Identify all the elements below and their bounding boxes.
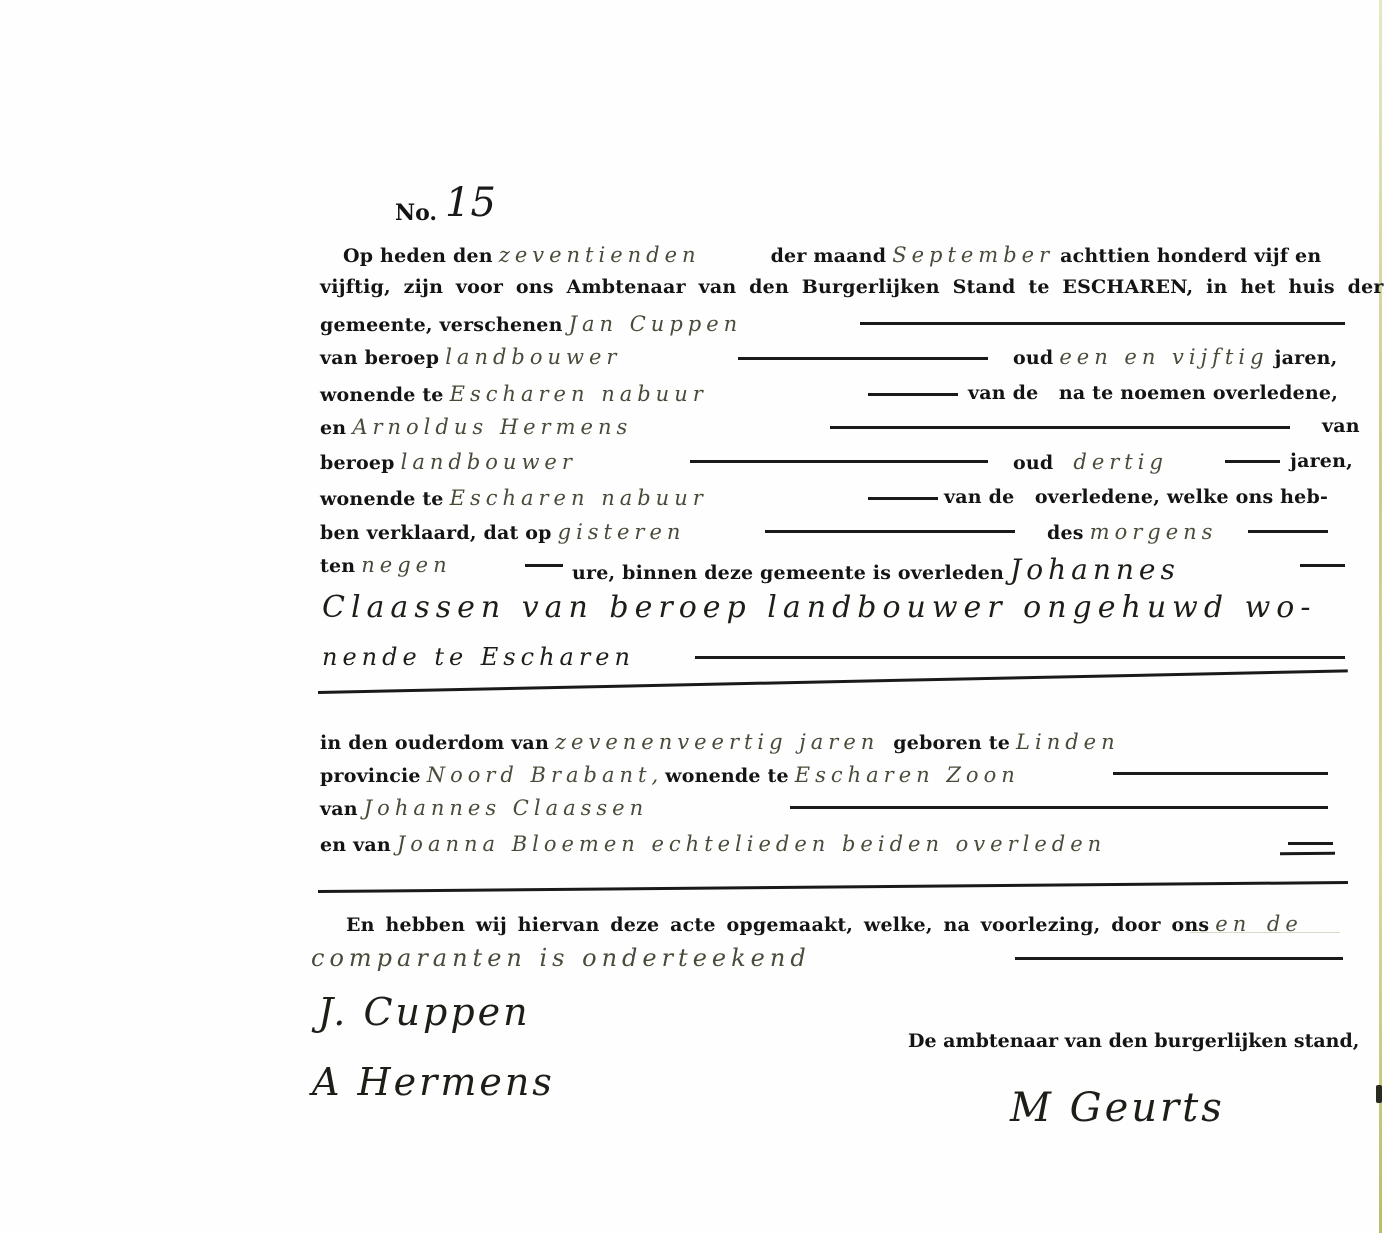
rule xyxy=(1113,772,1328,775)
death-day: gisteren xyxy=(558,520,686,544)
rule xyxy=(690,460,988,463)
rule xyxy=(1190,932,1340,933)
rule xyxy=(868,393,958,396)
rule xyxy=(1225,460,1280,463)
deceased-age: zevenenveertig jaren xyxy=(555,730,879,754)
declarant-2-name: Arnoldus Hermens xyxy=(352,415,632,439)
line-3: gemeente, verschenenJan Cuppen xyxy=(320,312,748,336)
death-time-of-day: morgens xyxy=(1090,520,1218,544)
declarant-1-residence: Escharen nabuur xyxy=(450,382,708,406)
rule xyxy=(765,530,1015,533)
line-1: Op heden denzeventiendender maandSeptemb… xyxy=(343,243,1321,267)
line-12: nende te Escharen xyxy=(316,643,641,671)
line-4b: oudeen en vijftigjaren, xyxy=(1013,345,1337,369)
line-10b: ure, binnen deze gemeente is overledenJo… xyxy=(572,553,1186,586)
line-7: beroeplandbouwer xyxy=(320,450,583,474)
line-9: ben verklaard, dat opgisteren xyxy=(320,520,691,544)
line-4: van beroeplandbouwer xyxy=(320,345,627,369)
document-page: No. 15 Op heden denzeventiendender maand… xyxy=(0,0,1387,1233)
closing-line-2: comparanten is onderteekend xyxy=(305,944,817,972)
deceased-details: Claassen van beroep landbouwer ongehuwd … xyxy=(322,590,1316,625)
line-5b: van de na te noemen overledene, xyxy=(968,382,1338,404)
line-8: wonende teEscharen nabuur xyxy=(320,486,714,510)
line-11: Claassen van beroep landbouwer ongehuwd … xyxy=(316,590,1322,625)
rule xyxy=(830,426,1290,429)
binding-mark xyxy=(1376,1085,1382,1103)
declarant-1-name: Jan Cuppen xyxy=(569,312,743,336)
rule xyxy=(738,357,988,360)
residence-relation: Escharen Zoon xyxy=(795,763,1020,787)
rule xyxy=(1300,564,1345,567)
rule xyxy=(860,322,1345,325)
line-13: in den ouderdom vanzevenenveertig jareng… xyxy=(320,730,1126,754)
deceased-residence: nende te Escharen xyxy=(322,643,635,671)
rule xyxy=(695,656,1345,659)
declarant-2-residence: Escharen nabuur xyxy=(450,486,708,510)
signature-witness-1: J. Cuppen xyxy=(318,990,531,1034)
birthplace: Linden xyxy=(1016,730,1120,754)
declarant-2-age: dertig xyxy=(1073,450,1168,474)
line-15: vanJohannes Claassen xyxy=(320,796,654,820)
official-label: De ambtenaar van den burgerlijken stand, xyxy=(908,1030,1359,1052)
line-7b: ouddertig xyxy=(1013,450,1174,474)
death-hour: negen xyxy=(361,553,451,577)
record-number: 15 xyxy=(445,180,496,226)
rule xyxy=(868,497,938,500)
section-separator xyxy=(318,669,1348,694)
line-10: tennegen xyxy=(320,553,458,577)
line-6: enArnoldus Hermens xyxy=(320,415,638,439)
closing-handwritten-2: comparanten is onderteekend xyxy=(311,944,811,972)
rule xyxy=(1015,957,1343,960)
line-16: en vanJoanna Bloemen echtelieden beiden … xyxy=(320,832,1112,856)
day-field: zeventienden xyxy=(499,243,701,267)
declarant-2-occupation: landbouwer xyxy=(401,450,577,474)
province: Noord Brabant, xyxy=(427,763,663,787)
rule xyxy=(1288,842,1333,845)
line-2: vijftig, zijn voor ons Ambtenaar van den… xyxy=(320,276,1384,298)
declarant-1-age: een en vijftig xyxy=(1059,345,1268,369)
month-field: September xyxy=(892,243,1054,267)
line-6b: van xyxy=(1322,415,1360,437)
rule xyxy=(1248,530,1328,533)
declarant-1-occupation: landbouwer xyxy=(445,345,621,369)
deceased-first-name: Johannes xyxy=(1010,553,1180,586)
mother-name: Joanna Bloemen echtelieden beiden overle… xyxy=(397,832,1106,856)
signature-witness-2: A Hermens xyxy=(312,1060,555,1104)
line-8b: van de overledene, welke ons heb- xyxy=(944,486,1328,508)
rule xyxy=(525,564,563,567)
father-name: Johannes Claassen xyxy=(364,796,648,820)
rule xyxy=(1280,852,1335,855)
line-9b: desmorgens xyxy=(1047,520,1223,544)
closing-line: En hebben wij hiervan deze acte opgemaak… xyxy=(346,912,1309,936)
section-separator-2 xyxy=(318,881,1348,893)
line-14: provincieNoord Brabant,wonende teEschare… xyxy=(320,763,1026,787)
page-edge xyxy=(1379,0,1382,1233)
number-label: No. xyxy=(395,200,437,226)
rule xyxy=(790,806,1328,809)
line-7c: jaren, xyxy=(1290,450,1353,472)
line-5: wonende teEscharen nabuur xyxy=(320,382,714,406)
signature-official: M Geurts xyxy=(1010,1085,1225,1131)
